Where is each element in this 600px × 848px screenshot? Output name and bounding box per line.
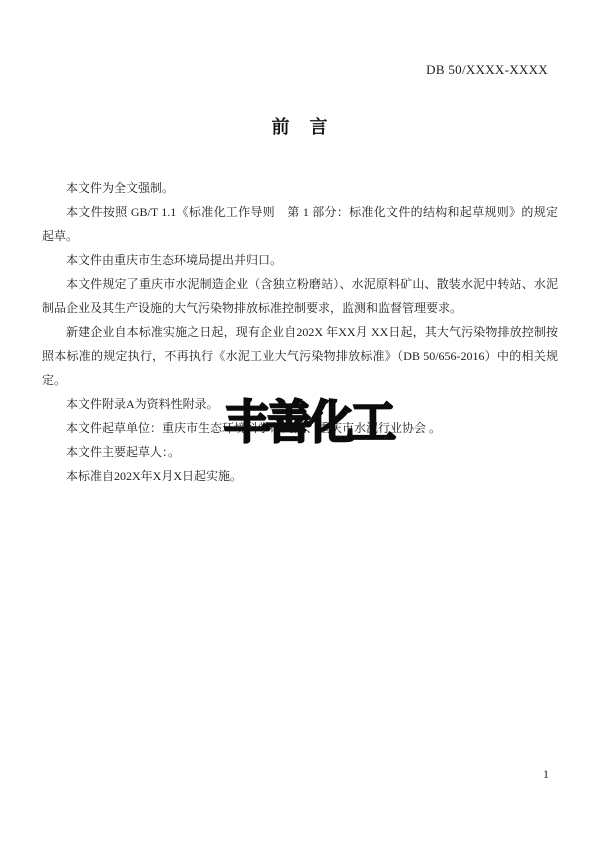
paragraph: 本文件由重庆市生态环境局提出并归口。: [42, 248, 558, 272]
paragraph: 新建企业自本标准实施之日起，现有企业自202X 年XX月 XX日起，其大气污染物…: [42, 320, 558, 392]
paragraph: 本文件按照 GB/T 1.1《标准化工作导则 第 1 部分：标准化文件的结构和起…: [42, 200, 558, 248]
page-number: 1: [543, 767, 549, 782]
paragraph: 本文件规定了重庆市水泥制造企业（含独立粉磨站）、水泥原料矿山、散装水泥中转站、水…: [42, 272, 558, 320]
standard-code-header: DB 50/XXXX-XXXX: [426, 62, 548, 78]
watermark-logo-text: 丰善化工: [224, 396, 392, 448]
page-title: 前 言: [0, 113, 600, 139]
paragraph: 本文件为全文强制。: [42, 176, 558, 200]
document-page: DB 50/XXXX-XXXX 前 言 本文件为全文强制。 本文件按照 GB/T…: [0, 0, 600, 848]
paragraph: 本标准自202X年X月X日起实施。: [42, 464, 558, 488]
